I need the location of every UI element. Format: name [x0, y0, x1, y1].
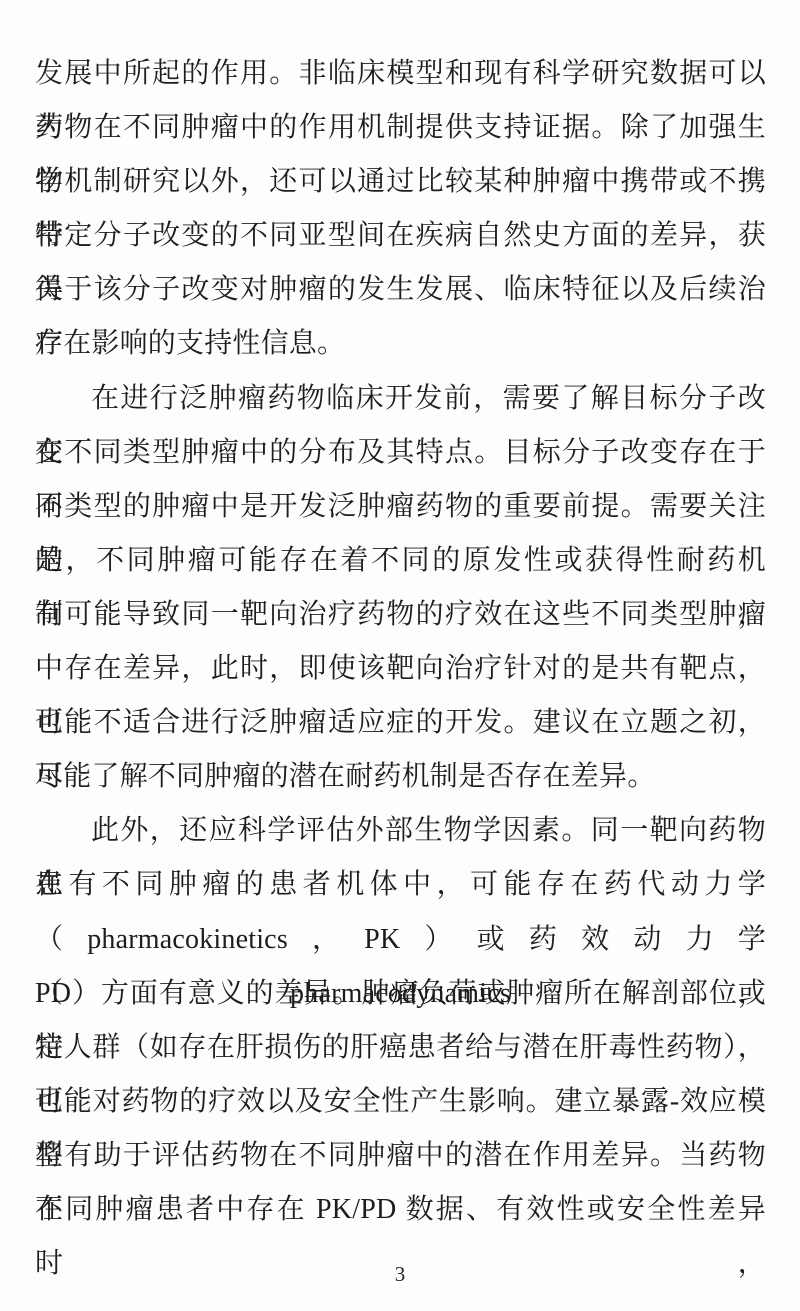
text-line-paragraph-start: 在进行泛肿瘤药物临床开发前，需要了解目标分子改变: [35, 372, 766, 426]
text-line-paragraph-end: 可能了解不同肿瘤的潜在耐药机制是否存在差异。: [35, 750, 766, 804]
text-line: 患有不同肿瘤的患者机体中，可能存在药代动力学: [35, 858, 766, 912]
text-line: 中存在差异，此时，即使该靶向治疗针对的是共有靶点，也: [35, 642, 766, 696]
text-line-paragraph-end: 存在影响的支持性信息。: [35, 317, 766, 371]
document-page: 发展中所起的作用。非临床模型和现有科学研究数据可以为 药物在不同肿瘤中的作用机制…: [0, 0, 800, 1311]
page-number: 3: [0, 1258, 800, 1290]
text-line: 将有助于评估药物在不同肿瘤中的潜在作用差异。当药物在: [35, 1129, 766, 1183]
text-line: 发展中所起的作用。非临床模型和现有科学研究数据可以为: [35, 47, 766, 101]
text-line-paragraph-start: 此外，还应科学评估外部生物学因素。同一靶向药物在: [35, 804, 766, 858]
text-line: 同类型的肿瘤中是开发泛肿瘤药物的重要前提。需要关注的: [35, 480, 766, 534]
text-line: 关于该分子改变对肿瘤的发生发展、临床特征以及后续治疗: [35, 263, 766, 317]
text-line: 不同肿瘤患者中存在 PK/PD 数据、有效性或安全性差异时，: [35, 1183, 766, 1237]
text-line: 有可能导致同一靶向治疗药物的疗效在这些不同类型肿瘤: [35, 588, 766, 642]
text-line: 可能对药物的疗效以及安全性产生影响。建立暴露-效应模型: [35, 1075, 766, 1129]
text-line: 药物在不同肿瘤中的作用机制提供支持证据。除了加强生物: [35, 101, 766, 155]
text-line: （pharmacokinetics，PK）或药效动力学（pharmacodyna…: [35, 913, 766, 967]
text-line: 学机制研究以外，还可以通过比较某种肿瘤中携带或不携带: [35, 155, 766, 209]
text-line: 可能不适合进行泛肿瘤适应症的开发。建议在立题之初，尽: [35, 696, 766, 750]
text-line: 在不同类型肿瘤中的分布及其特点。目标分子改变存在于不: [35, 426, 766, 480]
text-line: 是，不同肿瘤可能存在着不同的原发性或获得性耐药机制，: [35, 534, 766, 588]
text-line: 特定分子改变的不同亚型间在疾病自然史方面的差异，获得: [35, 209, 766, 263]
body-text: 发展中所起的作用。非临床模型和现有科学研究数据可以为 药物在不同肿瘤中的作用机制…: [35, 47, 766, 1237]
text-line: PD）方面有意义的差异。肿瘤负荷或肿瘤所在解剖部位或特: [35, 967, 766, 1021]
text-line: 定人群（如存在肝损伤的肝癌患者给与潜在肝毒性药物），也: [35, 1021, 766, 1075]
